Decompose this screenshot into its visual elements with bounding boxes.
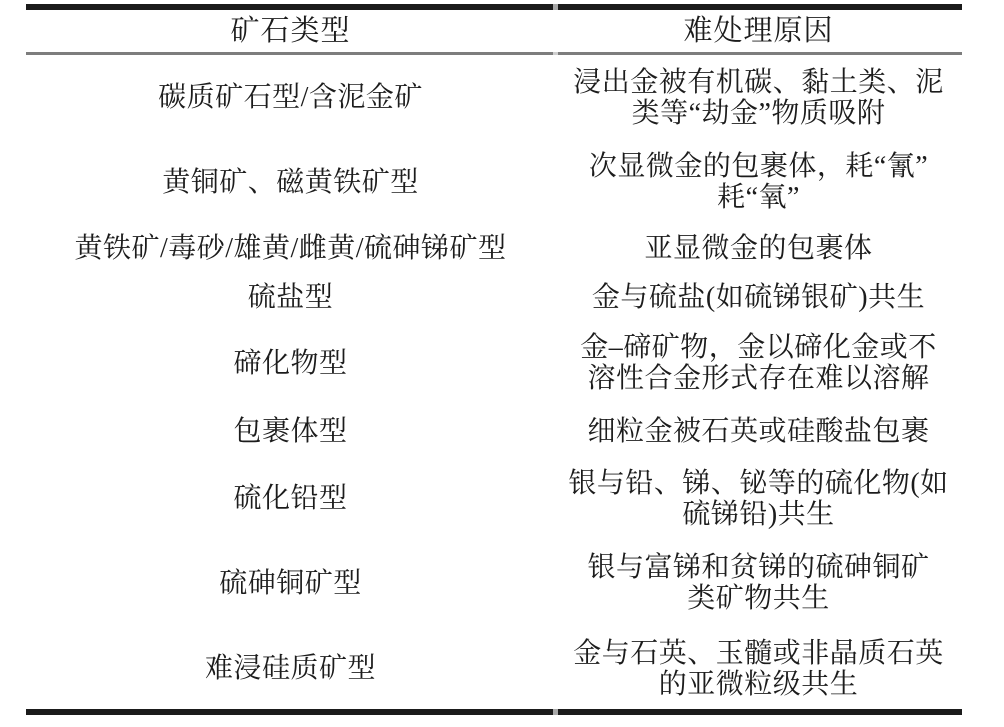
ore-type-cell: 碲化物型 [26, 322, 555, 404]
ore-type-cell: 硫砷铜矿型 [26, 538, 555, 628]
column-header-ore-type: 矿石类型 [26, 10, 555, 52]
reason-cell: 银与铅、锑、铋等的硫化物(如 硫锑铅)共生 [555, 459, 962, 538]
table-top-border [26, 4, 962, 10]
refractory-ore-table-figure: 矿石类型 难处理原因 碳质矿石型/含泥金矿 浸出金被有机碳、黏土类、泥 类等“劫… [26, 0, 962, 715]
ore-type-cell: 难浸硅质矿型 [26, 628, 555, 709]
ore-type-cell: 硫盐型 [26, 272, 555, 322]
reason-cell: 细粒金被石英或硅酸盐包裹 [555, 404, 962, 459]
ore-type-cell: 碳质矿石型/含泥金矿 [26, 55, 555, 140]
ore-type-cell: 包裹体型 [26, 404, 555, 459]
reason-cell: 金与石英、玉髓或非晶质石英 的亚微粒级共生 [555, 628, 962, 709]
bottom-border-notch [553, 709, 558, 715]
reason-cell: 浸出金被有机碳、黏土类、泥 类等“劫金”物质吸附 [555, 55, 962, 140]
table-bottom-border [26, 709, 962, 715]
reason-cell: 亚显微金的包裹体 [555, 224, 962, 272]
header-divider-rule [26, 52, 962, 55]
header-divider-notch [553, 52, 558, 55]
ore-type-cell: 硫化铅型 [26, 459, 555, 538]
reason-cell: 金与硫盐(如硫锑银矿)共生 [555, 272, 962, 322]
reason-cell: 金–碲矿物，金以碲化金或不 溶性合金形式存在难以溶解 [555, 322, 962, 404]
top-border-notch [553, 4, 558, 10]
ore-type-cell: 黄铁矿/毒砂/雄黄/雌黄/硫砷锑矿型 [26, 224, 555, 272]
refractory-ore-table: 矿石类型 难处理原因 碳质矿石型/含泥金矿 浸出金被有机碳、黏土类、泥 类等“劫… [26, 10, 962, 709]
reason-cell: 银与富锑和贫锑的硫砷铜矿 类矿物共生 [555, 538, 962, 628]
reason-cell: 次显微金的包裹体，耗“氰” 耗“氧” [555, 140, 962, 224]
column-header-reason: 难处理原因 [555, 10, 962, 52]
ore-type-cell: 黄铜矿、磁黄铁矿型 [26, 140, 555, 224]
